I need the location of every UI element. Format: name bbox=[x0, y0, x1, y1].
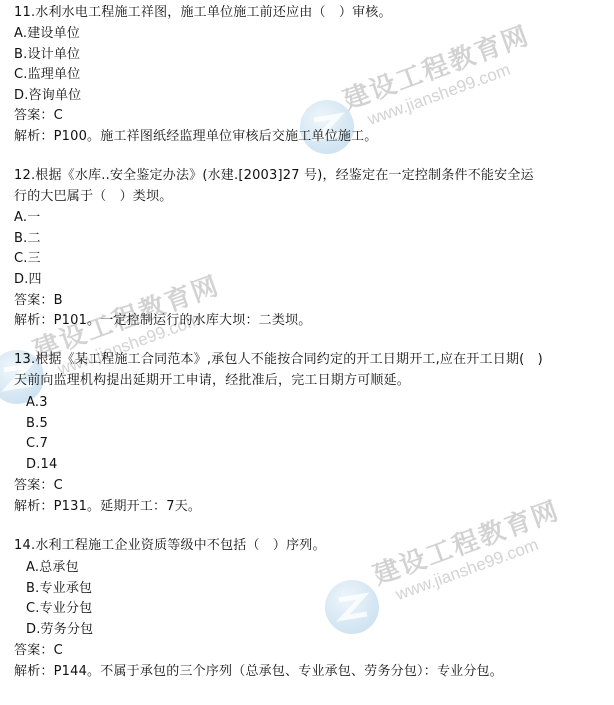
analysis: 解析：P144。不属于承包的三个序列（总承包、专业承包、劳务分包）：专业分包。 bbox=[14, 664, 503, 680]
question-stem: 12.根据《水库..安全鉴定办法》(水建.[2003]27 号)，经鉴定在一定控… bbox=[14, 168, 534, 184]
option-c: C.专业分包 bbox=[26, 601, 92, 617]
watermark-brand: 建设工程教育网 bbox=[367, 490, 564, 592]
option-a: A.一 bbox=[14, 210, 40, 226]
question-stem-continued: 行的大巴属于（ ）类坝。 bbox=[14, 189, 172, 205]
option-d: D.劳务分包 bbox=[26, 622, 93, 638]
watermark-url: www.jianshe99.com bbox=[365, 60, 513, 130]
option-c: C.监理单位 bbox=[14, 67, 80, 83]
watermark-url: www.jianshe99.com bbox=[393, 535, 541, 605]
option-a: A.3 bbox=[26, 395, 48, 411]
question-stem: 14.水利工程施工企业资质等级中不包括（ ）序列。 bbox=[14, 538, 326, 554]
option-d: D.四 bbox=[14, 272, 42, 288]
answer: 答案：C bbox=[14, 643, 63, 659]
watermark-brand: 建设工程教育网 bbox=[337, 15, 534, 117]
option-b: B.二 bbox=[14, 231, 41, 247]
watermark-logo-icon bbox=[300, 100, 354, 154]
analysis: 解析：P131。延期开工：7天。 bbox=[14, 499, 201, 515]
watermark-logo-icon bbox=[325, 580, 379, 634]
answer: 答案：B bbox=[14, 293, 63, 309]
option-a: A.总承包 bbox=[26, 560, 79, 576]
option-b: B.专业承包 bbox=[26, 581, 92, 597]
answer: 答案：C bbox=[14, 478, 63, 494]
answer: 答案：C bbox=[14, 108, 63, 124]
analysis: 解析：P100。施工祥图纸经监理单位审核后交施工单位施工。 bbox=[14, 129, 377, 145]
question-stem: 11.水利水电工程施工祥图，施工单位施工前还应由（ ）审核。 bbox=[14, 5, 392, 21]
question-stem: 13.根据《某工程施工合同范本》,承包人不能按合同约定的开工日期开工,应在开工日… bbox=[14, 352, 543, 368]
option-a: A.建设单位 bbox=[14, 26, 80, 42]
analysis: 解析：P101。一定控制运行的水库大坝：二类坝。 bbox=[14, 313, 311, 329]
option-c: C.三 bbox=[14, 251, 41, 267]
option-c: C.7 bbox=[26, 436, 48, 452]
option-b: B.5 bbox=[26, 416, 48, 432]
option-d: D.咨询单位 bbox=[14, 88, 81, 104]
option-d: D.14 bbox=[26, 457, 58, 473]
option-b: B.设计单位 bbox=[14, 47, 80, 63]
question-stem-continued: 天前向监理机构提出延期开工申请，经批准后，完工日期方可顺延。 bbox=[14, 373, 410, 389]
document-page: 建设工程教育网 www.jianshe99.com 建设工程教育网 www.ji… bbox=[0, 0, 614, 705]
